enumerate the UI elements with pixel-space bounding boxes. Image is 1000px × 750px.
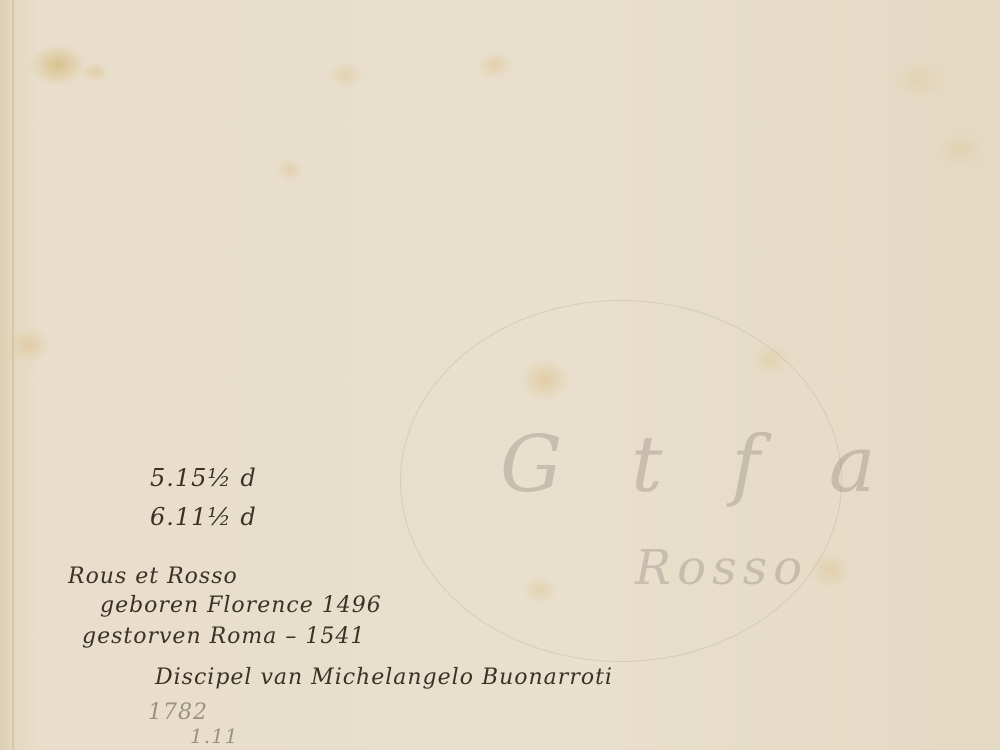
pencil-inscription-2: Rosso — [635, 540, 808, 596]
artist-name-line: Rous et Rosso — [68, 564, 238, 589]
measurement-line-2: 6.11½ d — [150, 503, 257, 531]
faint-number-1: 1782 — [148, 700, 208, 725]
measurement-line-1: 5.15½ d — [150, 464, 257, 492]
birth-line: geboren Florence 1496 — [100, 593, 382, 618]
paper-edge — [12, 0, 14, 750]
faint-number-2: 1.11 — [190, 724, 239, 748]
disciple-line: Discipel van Michelangelo Buonarroti — [155, 665, 613, 690]
pencil-inscription-1: G t f a — [500, 420, 897, 510]
death-line: gestorven Roma – 1541 — [82, 624, 365, 649]
